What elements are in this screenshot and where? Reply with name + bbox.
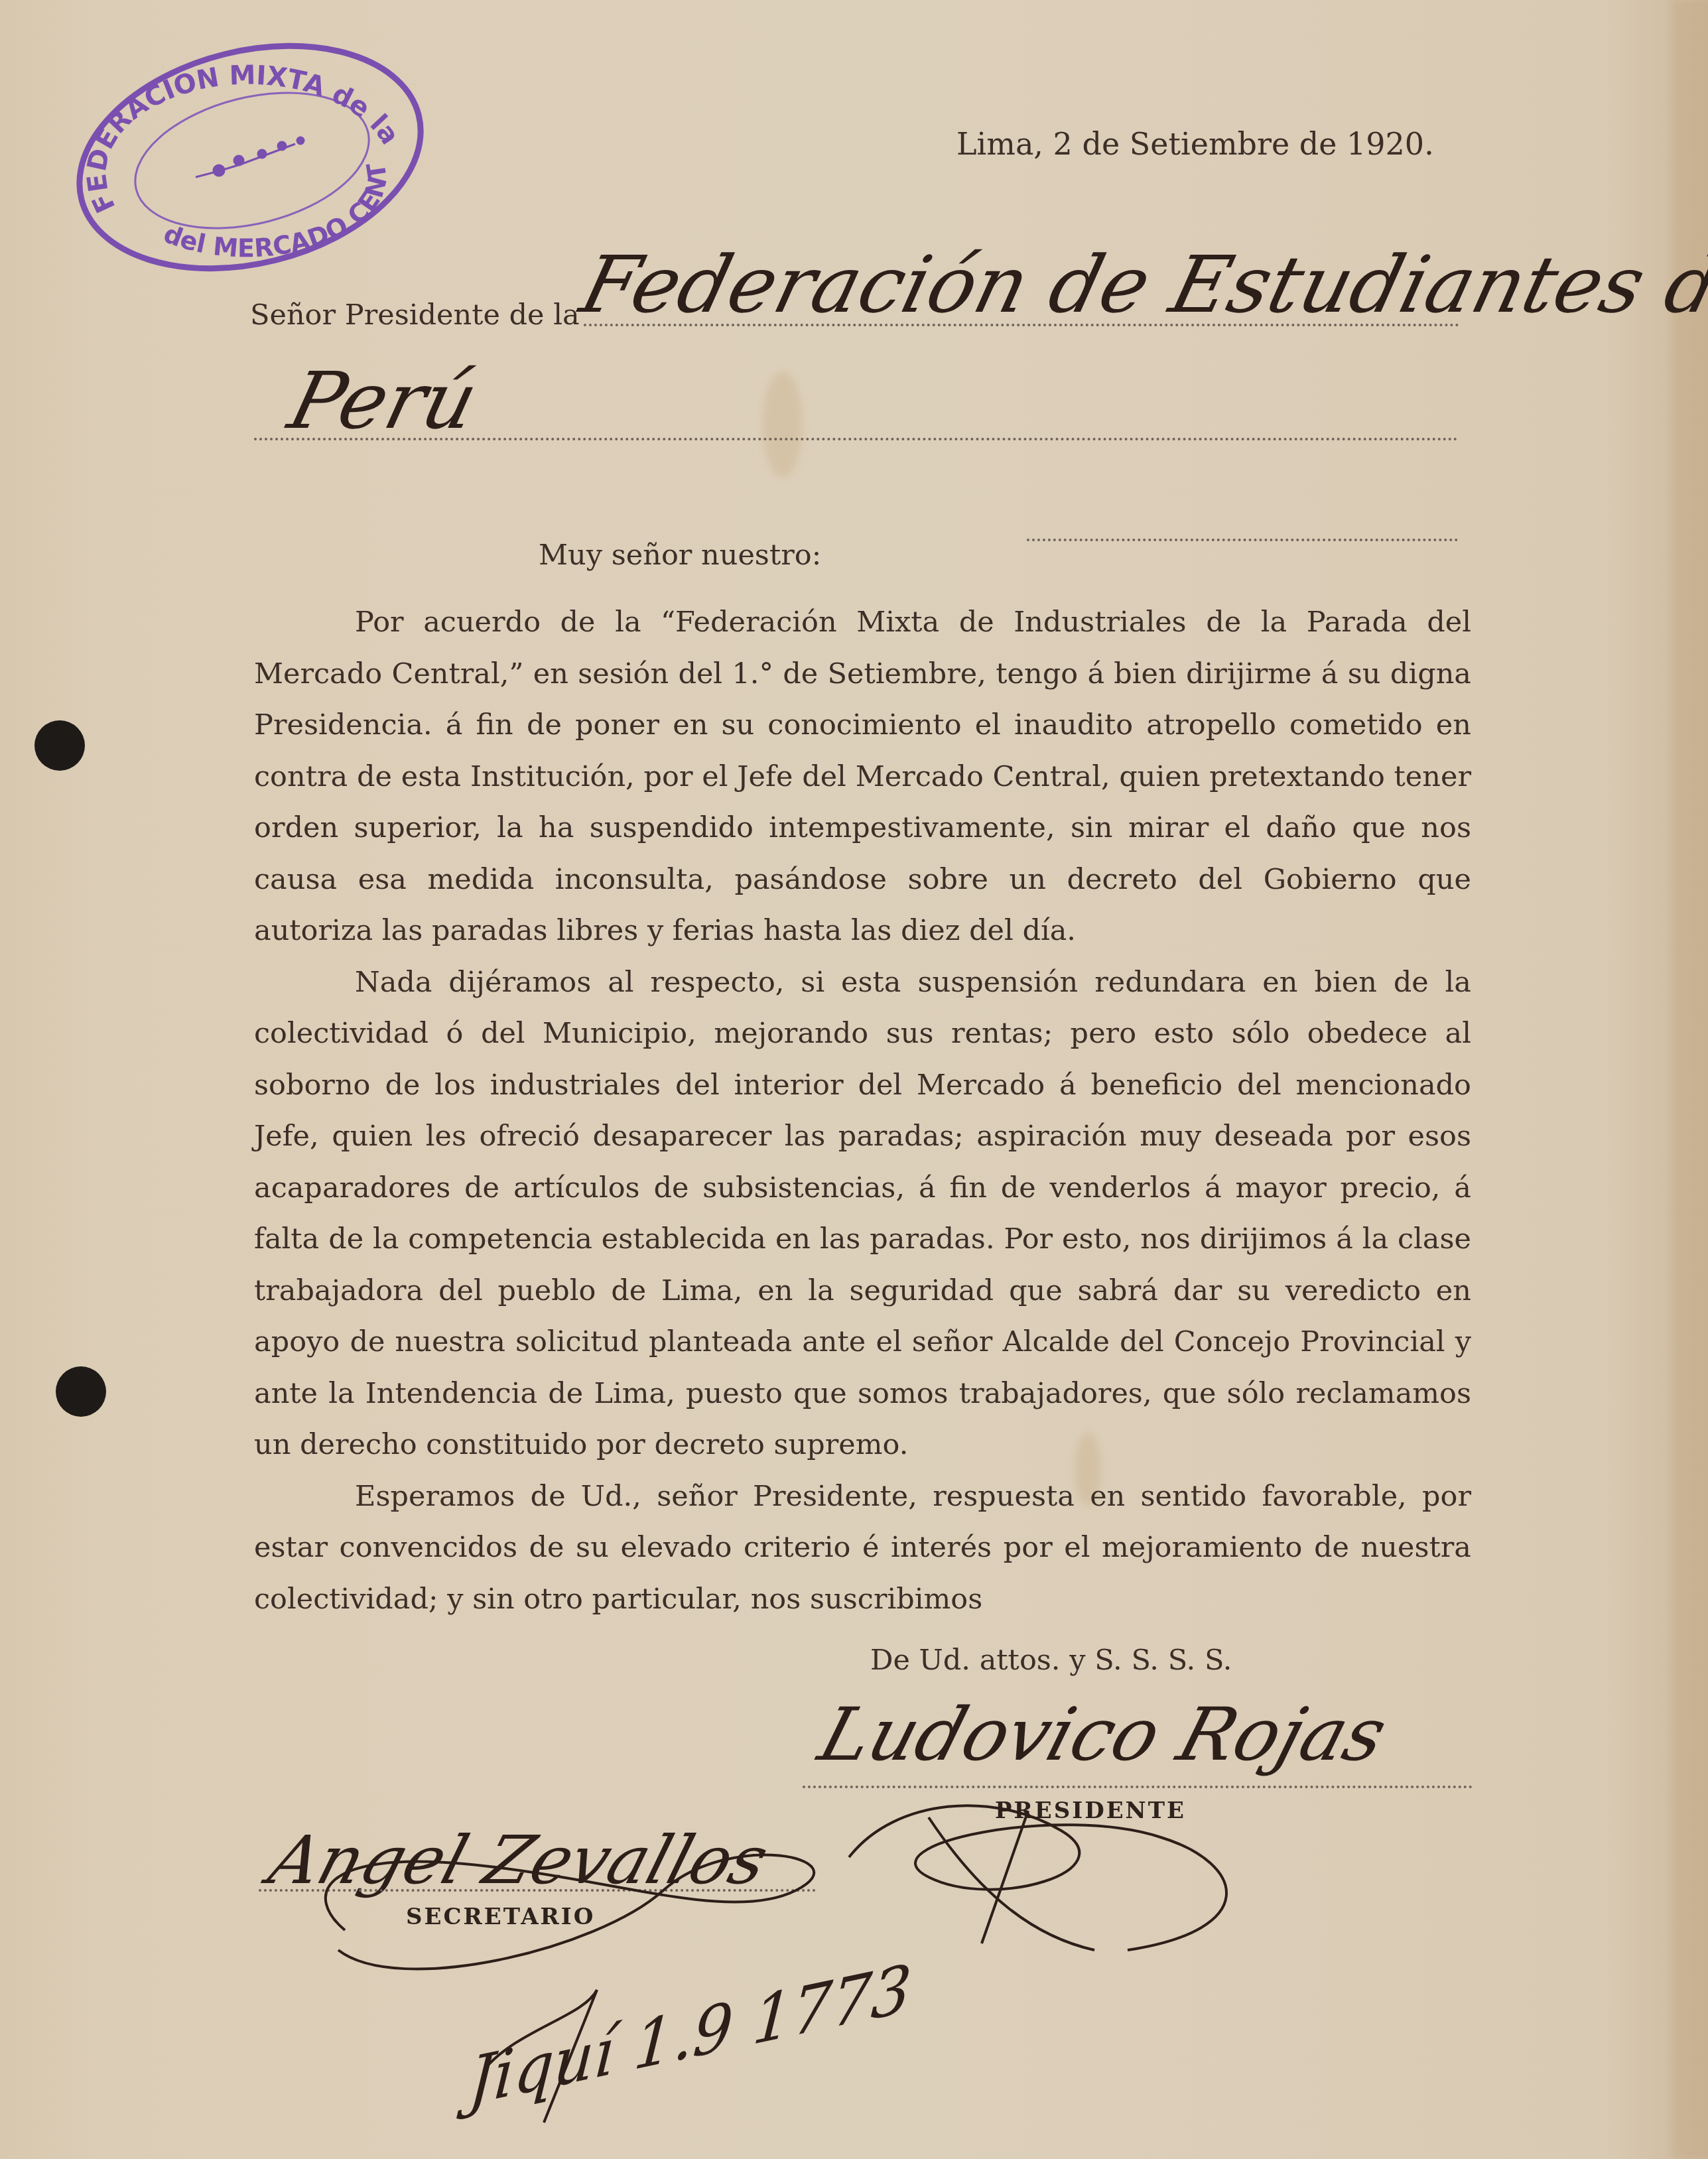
paper-stain <box>763 371 803 478</box>
address-dotted-line <box>584 324 1459 326</box>
punch-hole <box>34 720 85 771</box>
paragraph-1: Por acuerdo de la “Federación Mixta de I… <box>254 597 1471 957</box>
signature-flourish <box>265 1778 1393 2149</box>
salutation: Muy señor nuestro: <box>539 539 821 572</box>
letter-body: Por acuerdo de la “Federación Mixta de I… <box>254 597 1471 1625</box>
floral-ornament-icon <box>196 137 304 177</box>
address-dotted-line-3 <box>1027 539 1458 541</box>
handwritten-recipient-line-1: Federación de Estudiantes del <box>574 245 1708 324</box>
handwritten-recipient-line-2: Perú <box>282 361 485 440</box>
address-dotted-line-2 <box>254 438 1458 440</box>
letter-page: FEDERACION MIXTA de la PARADA del MERCAD… <box>0 0 1708 2159</box>
paragraph-3: Esperamos de Ud., señor Presidente, resp… <box>254 1471 1471 1626</box>
stamp-top-text: FEDERACION MIXTA de la PARADA <box>70 41 405 218</box>
punch-hole <box>56 1366 106 1417</box>
address-label: Señor Presidente de la <box>250 298 580 332</box>
president-signature: Ludovico Rojas <box>812 1698 1394 1771</box>
closing-formula: De Ud. attos. y S. S. S. S. <box>870 1644 1232 1677</box>
date-line: Lima, 2 de Setiembre de 1920. <box>956 126 1434 162</box>
paragraph-2: Nada dijéramos al respecto, si esta susp… <box>254 957 1471 1471</box>
federation-stamp: FEDERACION MIXTA de la PARADA del MERCAD… <box>70 41 431 273</box>
